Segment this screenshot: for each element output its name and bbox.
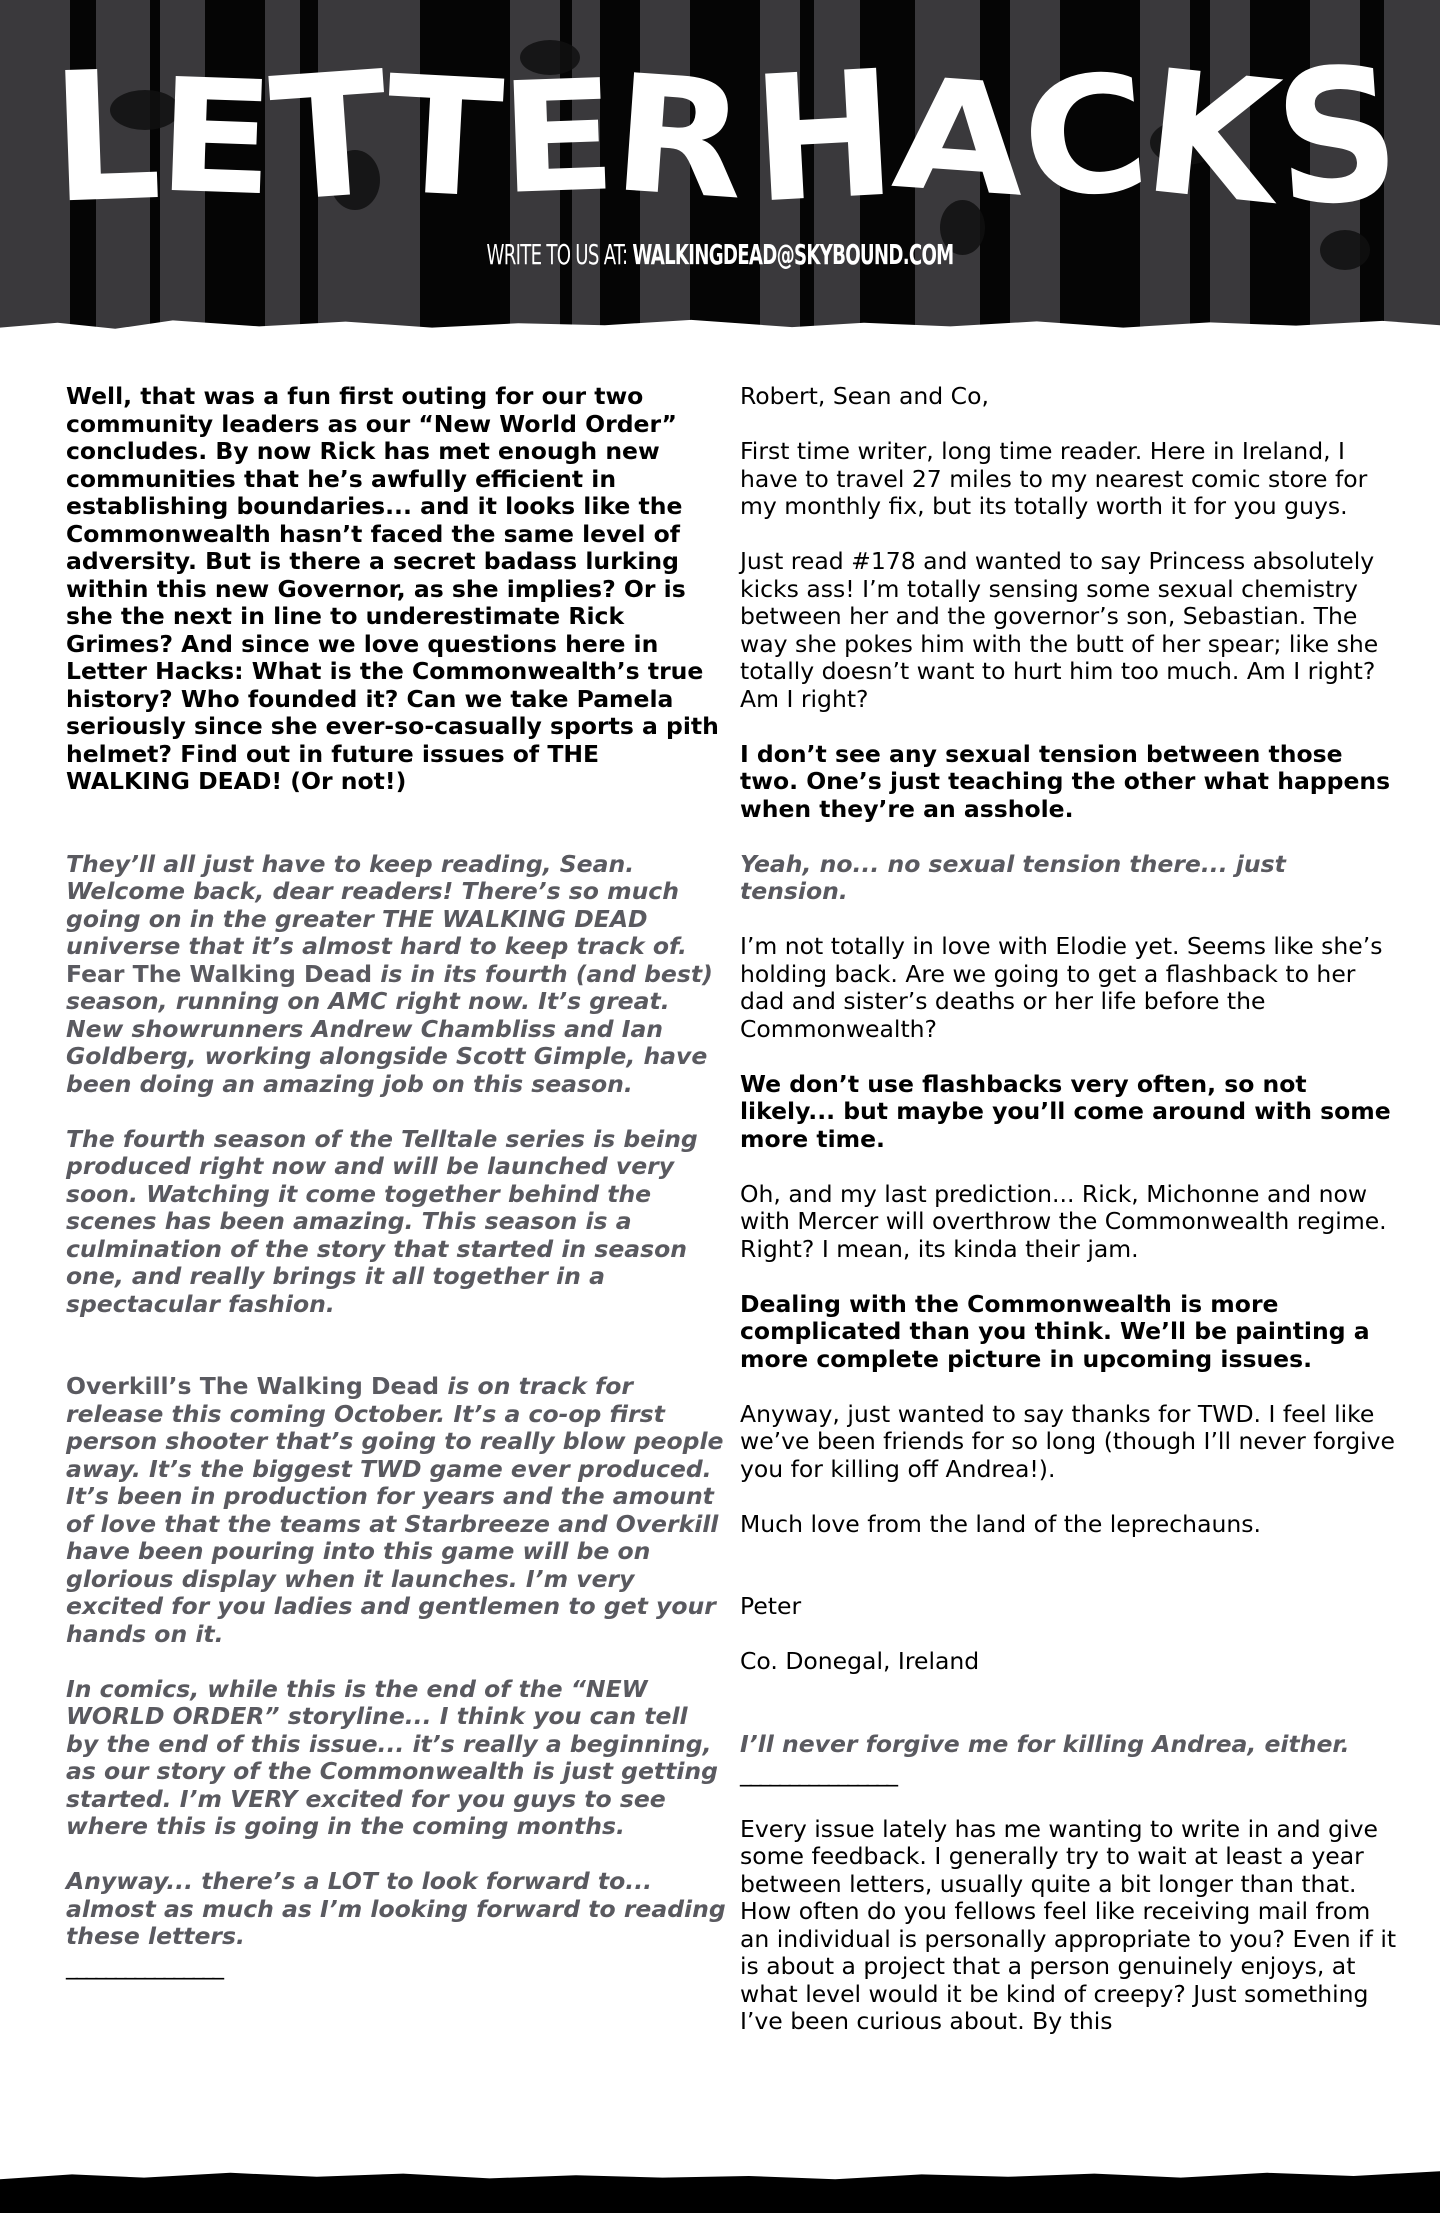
title-letter: T <box>382 54 500 221</box>
page-title: L E T T E R H A C K S <box>62 48 1382 228</box>
title-letter: T <box>267 49 389 226</box>
editor-reply-comics: In comics, while this is the end of the … <box>66 1676 726 1841</box>
letter-paragraph: Oh, and my last prediction... Rick, Mich… <box>740 1181 1400 1264</box>
letter-paragraph: Just read #178 and wanted to say Princes… <box>740 548 1400 713</box>
contact-email-link[interactable]: WALKINGDEAD@SKYBOUND.COM <box>632 238 953 271</box>
editor-answer: I don’t see any sexual tension between t… <box>740 741 1400 824</box>
signature-name: Peter <box>740 1593 1400 1621</box>
signature-location: Co. Donegal, Ireland <box>740 1648 1400 1676</box>
editor-closing-reply: I’ll never forgive me for killing Andrea… <box>740 1731 1400 1759</box>
footer-band <box>0 2180 1440 2213</box>
masthead-banner: L E T T E R H A C K S WRITE TO US AT: WA… <box>0 0 1440 330</box>
editor-column: Well, that was a fun first outing for ou… <box>66 383 726 2008</box>
title-letter: H <box>749 48 894 228</box>
letter-paragraph: Anyway, just wanted to say thanks for TW… <box>740 1401 1400 1484</box>
letters-column: Robert, Sean and Co, First time writer, … <box>740 383 1400 2063</box>
title-letter: R <box>609 53 745 223</box>
title-letter: K <box>1137 47 1280 229</box>
game-title: Overkill’s The Walking Dead <box>66 1372 439 1400</box>
letter-paragraph: Every issue lately has me wanting to wri… <box>740 1816 1400 2036</box>
title-letter: C <box>1016 52 1148 223</box>
letter-salutation: Robert, Sean and Co, <box>740 383 1400 411</box>
editor-answer: We don’t use flashbacks very often, so n… <box>740 1071 1400 1154</box>
editor-reply-overkill: Overkill’s The Walking Dead is on track … <box>66 1346 726 1649</box>
title-letter: E <box>156 58 272 218</box>
editor-reply-closing: Anyway... there’s a LOT to look forward … <box>66 1868 726 1951</box>
title-word-hacks: H A C K S <box>753 53 1392 223</box>
section-separator: ________________ <box>740 1760 1400 1788</box>
contact-line: WRITE TO US AT: WALKINGDEAD@SKYBOUND.COM <box>202 238 1239 271</box>
title-letter: E <box>498 60 613 217</box>
reply-text: is on track for release this coming Octo… <box>66 1372 723 1648</box>
reply-text: They’ll all just have to keep reading, S… <box>66 850 687 961</box>
contact-prefix: WRITE TO US AT: <box>486 238 632 271</box>
section-separator: ________________ <box>66 1953 726 1981</box>
editor-reply-telltale: The fourth season of the Telltale series… <box>66 1126 726 1319</box>
title-letter: L <box>49 47 157 229</box>
editor-reply-tv: They’ll all just have to keep reading, S… <box>66 823 726 1098</box>
title-letter: S <box>1269 42 1398 233</box>
editor-intro: Well, that was a fun first outing for ou… <box>66 383 726 796</box>
letter-paragraph: Much love from the land of the leprechau… <box>740 1511 1400 1539</box>
letter-paragraph: First time writer, long time reader. Her… <box>740 438 1400 521</box>
editor-answer: Dealing with the Commonwealth is more co… <box>740 1291 1400 1374</box>
title-word-letter: L E T T E R <box>52 53 739 223</box>
letter-paragraph: I’m not totally in love with Elodie yet.… <box>740 933 1400 1043</box>
show-title: Fear The Walking Dead <box>66 960 372 988</box>
editor-answer-reply: Yeah, no... no sexual tension there... j… <box>740 851 1400 906</box>
title-letter: A <box>888 57 1024 218</box>
letter-signature: Peter Co. Donegal, Ireland <box>740 1566 1400 1704</box>
